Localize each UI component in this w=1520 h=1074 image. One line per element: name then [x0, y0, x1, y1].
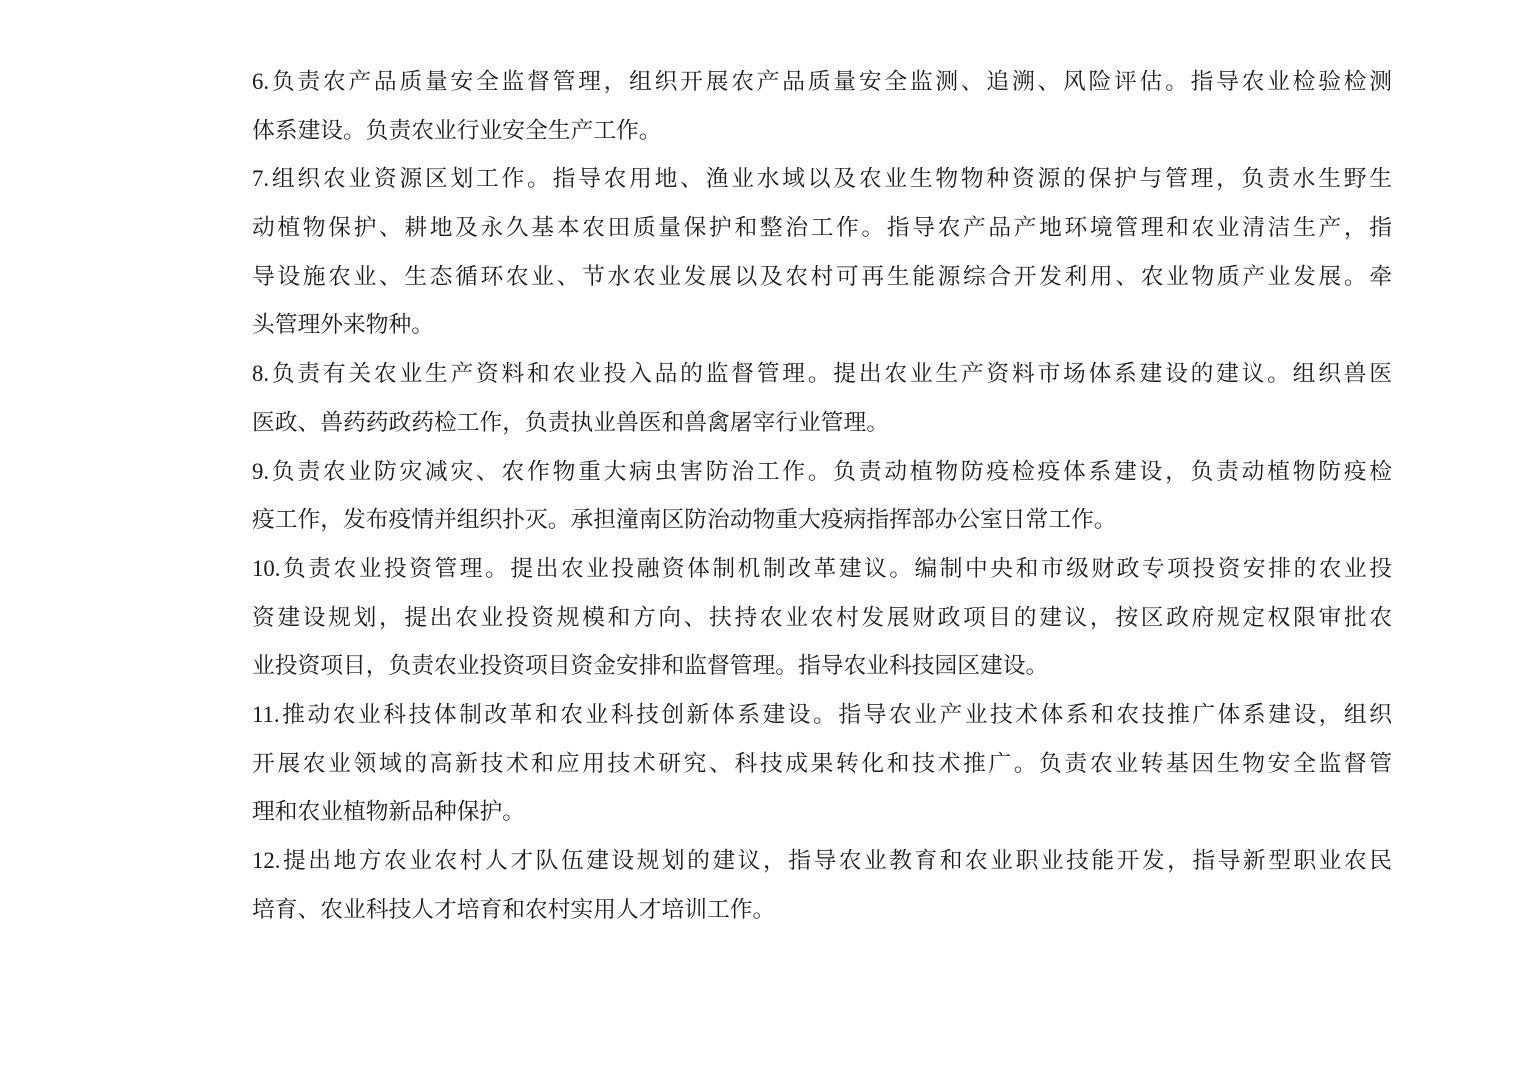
paragraph-line: 体系建设。负责农业行业安全生产工作。 [252, 113, 1392, 162]
item-6: 6.负责农产品质量安全监督管理，组织开展农产品质量安全监测、追溯、风险评估。指导… [252, 64, 1392, 161]
item-7: 7.组织农业资源区划工作。指导农用地、渔业水域以及农业生物物种资源的保护与管理，… [252, 161, 1392, 356]
paragraph-line: 6.负责农产品质量安全监督管理，组织开展农产品质量安全监测、追溯、风险评估。指导… [252, 64, 1392, 113]
paragraph-line: 7.组织农业资源区划工作。指导农用地、渔业水域以及农业生物物种资源的保护与管理，… [252, 161, 1392, 210]
paragraph-line: 头管理外来物种。 [252, 307, 1392, 356]
paragraph-line: 12.提出地方农业农村人才队伍建设规划的建议，指导农业教育和农业职业技能开发，指… [252, 843, 1392, 892]
item-8: 8.负责有关农业生产资料和农业投入品的监督管理。提出农业生产资料市场体系建设的建… [252, 356, 1392, 453]
paragraph-line: 培育、农业科技人才培育和农村实用人才培训工作。 [252, 892, 1392, 941]
paragraph-line: 开展农业领域的高新技术和应用技术研究、科技成果转化和技术推广。负责农业转基因生物… [252, 746, 1392, 795]
document-page: 6.负责农产品质量安全监督管理，组织开展农产品质量安全监测、追溯、风险评估。指导… [0, 0, 1520, 1074]
paragraph-line: 10.负责农业投资管理。提出农业投融资体制机制改革建议。编制中央和市级财政专项投… [252, 551, 1392, 600]
item-12: 12.提出地方农业农村人才队伍建设规划的建议，指导农业教育和农业职业技能开发，指… [252, 843, 1392, 940]
paragraph-line: 导设施农业、生态循环农业、节水农业发展以及农村可再生能源综合开发利用、农业物质产… [252, 259, 1392, 308]
item-10: 10.负责农业投资管理。提出农业投融资体制机制改革建议。编制中央和市级财政专项投… [252, 551, 1392, 697]
paragraph-line: 医政、兽药药政药检工作，负责执业兽医和兽禽屠宰行业管理。 [252, 405, 1392, 454]
paragraph-line: 9.负责农业防灾减灾、农作物重大病虫害防治工作。负责动植物防疫检疫体系建设，负责… [252, 454, 1392, 503]
item-11: 11.推动农业科技体制改革和农业科技创新体系建设。指导农业产业技术体系和农技推广… [252, 697, 1392, 843]
paragraph-line: 疫工作，发布疫情并组织扑灭。承担潼南区防治动物重大疫病指挥部办公室日常工作。 [252, 502, 1392, 551]
paragraph-line: 8.负责有关农业生产资料和农业投入品的监督管理。提出农业生产资料市场体系建设的建… [252, 356, 1392, 405]
paragraph-line: 资建设规划，提出农业投资规模和方向、扶持农业农村发展财政项目的建议，按区政府规定… [252, 600, 1392, 649]
item-9: 9.负责农业防灾减灾、农作物重大病虫害防治工作。负责动植物防疫检疫体系建设，负责… [252, 454, 1392, 551]
paragraph-line: 11.推动农业科技体制改革和农业科技创新体系建设。指导农业产业技术体系和农技推广… [252, 697, 1392, 746]
paragraph-line: 理和农业植物新品种保护。 [252, 794, 1392, 843]
paragraph-line: 动植物保护、耕地及永久基本农田质量保护和整治工作。指导农产品产地环境管理和农业清… [252, 210, 1392, 259]
document-body: 6.负责农产品质量安全监督管理，组织开展农产品质量安全监测、追溯、风险评估。指导… [252, 64, 1392, 940]
paragraph-line: 业投资项目，负责农业投资项目资金安排和监督管理。指导农业科技园区建设。 [252, 648, 1392, 697]
